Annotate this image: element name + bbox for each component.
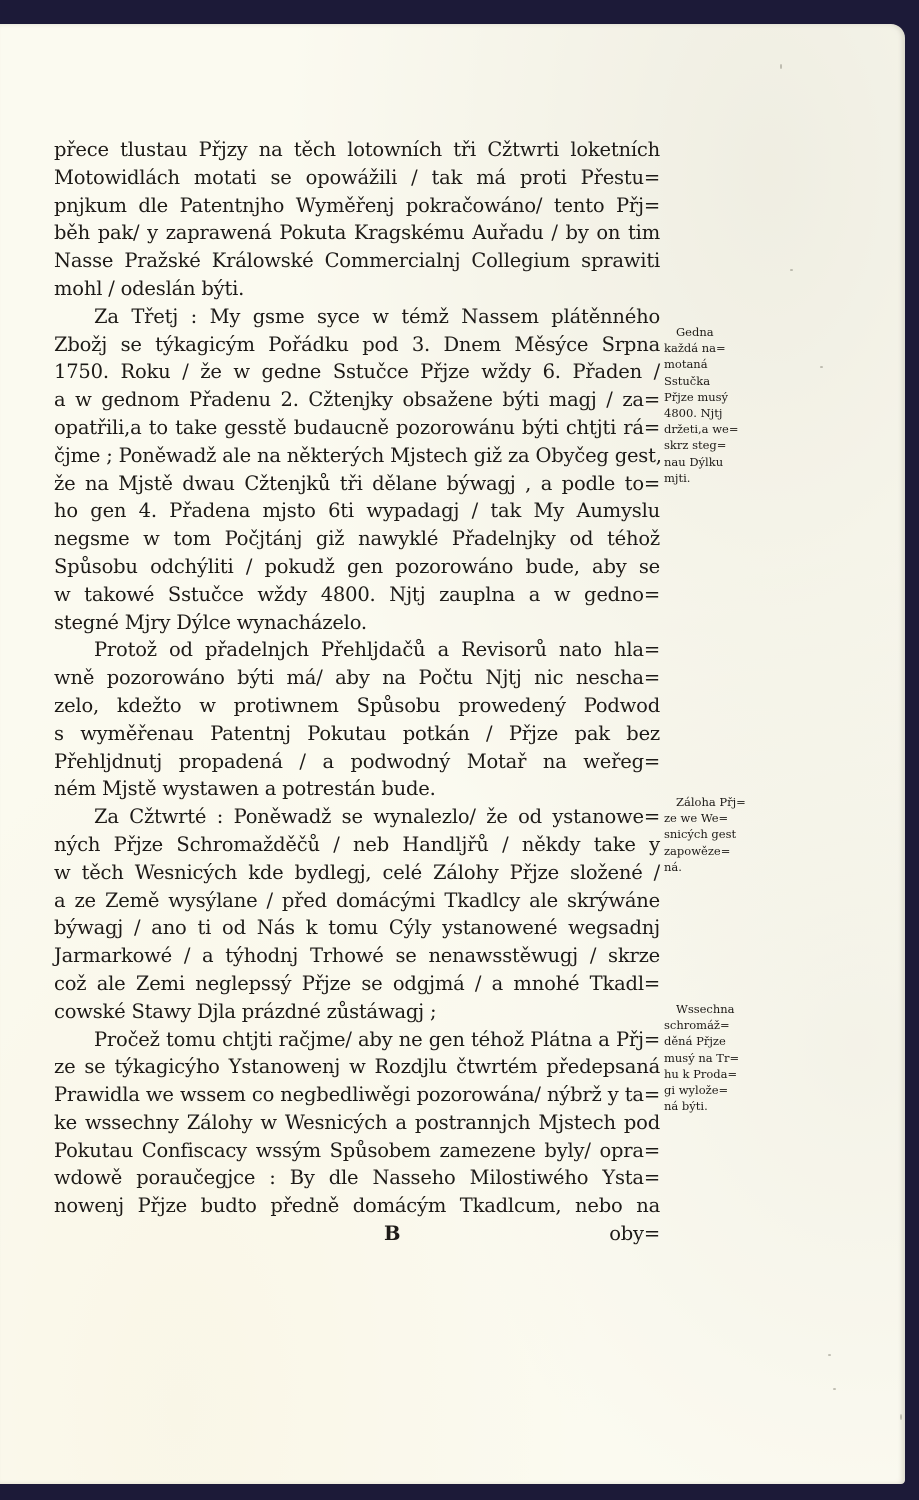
text-line: Za Cžtwrté : Poněwadž se wynalezlo/ že o… xyxy=(54,803,660,831)
text-line: ze se týkagicýho Ystanowenj w Rozdjlu čt… xyxy=(54,1053,660,1081)
text-line: wně pozorowáno býti má/ aby na Počtu Njt… xyxy=(54,664,660,692)
text-line: Prawidla we wssem co negbedliwěgi pozoro… xyxy=(54,1081,660,1109)
margin-note-line: 4800. Njtj xyxy=(664,405,764,421)
margin-note-line: nau Dýlku xyxy=(664,454,764,470)
margin-note-line: ná. xyxy=(664,859,764,875)
text-line: běh pak/ y zaprawená Pokuta Kragskému Au… xyxy=(54,219,660,247)
text-line: Motowidlách motati se opowážili / tak má… xyxy=(54,164,660,192)
text-line: ném Mjstě wystawen a potrestán bude. xyxy=(54,775,660,803)
text-line: Za Třetj : My gsme syce w témž Nassem pl… xyxy=(54,303,660,331)
text-line: Jarmarkowé / a týhodnj Trhowé se nenawss… xyxy=(54,942,660,970)
text-line: Protož od přadelnjch Přehljdačů a Reviso… xyxy=(54,636,660,664)
margin-note-line: ná býti. xyxy=(664,1098,764,1114)
text-line: Pokutau Confiscacy wssým Spůsobem zameze… xyxy=(54,1137,660,1165)
margin-note-line: musý na Tr= xyxy=(664,1050,764,1066)
margin-note-line: ze we We= xyxy=(664,810,764,826)
margin-note-line: schromáž= xyxy=(664,1017,764,1033)
text-line: že na Mjstě dwau Cžtenjků tři dělane býw… xyxy=(54,470,660,498)
text-line: ných Přjze Schromažděčů / neb Handljřů /… xyxy=(54,831,660,859)
page-footer-row: Boby= xyxy=(54,1220,660,1250)
text-line: w těch Wesnicých kde bydlegj, celé Záloh… xyxy=(54,859,660,887)
margin-note-line: hu k Proda= xyxy=(664,1066,764,1082)
text-line: Zbožj se týkagicým Pořádku pod 3. Dnem M… xyxy=(54,331,660,359)
margin-note-line: zapowěze= xyxy=(664,843,764,859)
text-line: čjme ; Poněwadž ale na některých Mjstech… xyxy=(54,442,660,470)
document-page: přece tlustau Přjzy na těch lotowních tř… xyxy=(0,24,905,1484)
text-line: Nasse Pražské Králowské Commercialnj Col… xyxy=(54,247,660,275)
paper-speck xyxy=(828,1354,831,1356)
text-line: s wyměřenau Patentnj Pokutau potkán / Př… xyxy=(54,720,660,748)
text-line: opatřili,a to take gesstě budaucně pozor… xyxy=(54,414,660,442)
paper-speck xyxy=(820,366,823,368)
margin-note-market-sale: Wssechnaschromáž=děná Přjzemusý na Tr=hu… xyxy=(664,1001,764,1114)
text-line: býwagj / ano ti od Nás k tomu Cýly ystan… xyxy=(54,914,660,942)
margin-note-line: držeti,a we= xyxy=(664,421,764,437)
margin-note-line: Wssechna xyxy=(664,1001,764,1017)
text-line: a w gednom Přadenu 2. Cžtenjky obsažene … xyxy=(54,386,660,414)
margin-note-line: Sstučka xyxy=(664,373,764,389)
paper-speck xyxy=(780,64,782,69)
text-line: přece tlustau Přjzy na těch lotowních tř… xyxy=(54,136,660,164)
text-line: ho gen 4. Přadena mjsto 6ti wypadagj / t… xyxy=(54,497,660,525)
margin-note-village-stock: Záloha Přj=ze we We=snicých gestzapowěze… xyxy=(664,794,764,875)
text-line: wdowě poraučegjce : By dle Nasseho Milos… xyxy=(54,1164,660,1192)
text-line: cowské Stawy Djla prázdné zůstáwagj ; xyxy=(54,998,660,1026)
text-line: negsme w tom Počjtánj giž nawyklé Přadel… xyxy=(54,525,660,553)
paper-speck xyxy=(790,269,793,271)
text-line: nowenj Přjze budto předně domácým Tkadlc… xyxy=(54,1192,660,1220)
text-line: což ale Zemi neglepssý Přjze se odgjmá /… xyxy=(54,970,660,998)
signature-mark: B xyxy=(384,1220,400,1248)
margin-note-line: Gedna xyxy=(664,324,764,340)
text-line: Spůsobu odchýliti / pokudž gen pozorowán… xyxy=(54,553,660,581)
margin-note-line: mjti. xyxy=(664,470,764,486)
margin-note-line: děná Přjze xyxy=(664,1033,764,1049)
margin-note-line: gi wylože= xyxy=(664,1082,764,1098)
text-line: zelo, kdežto w protiwnem Spůsobu prowede… xyxy=(54,692,660,720)
margin-note-line: motaná xyxy=(664,356,764,372)
text-line: Pročež tomu chtjti račjme/ aby ne gen té… xyxy=(54,1026,660,1054)
text-line: pnjkum dle Patentnjho Wyměřenj pokračowá… xyxy=(54,192,660,220)
margin-note-line: skrz steg= xyxy=(664,437,764,453)
catchword: oby= xyxy=(609,1220,660,1248)
margin-note-line: Přjze musý xyxy=(664,389,764,405)
body-text-column: přece tlustau Přjzy na těch lotowních tř… xyxy=(54,136,660,1250)
paper-speck xyxy=(900,1414,902,1420)
text-line: ke wssechny Zálohy w Wesnicých a postran… xyxy=(54,1109,660,1137)
margin-note-yarn-length: Gednakaždá na=motanáSstučkaPřjze musý480… xyxy=(664,324,764,486)
margin-note-line: snicých gest xyxy=(664,826,764,842)
text-line: 1750. Roku / že w gedne Sstučce Přjze wž… xyxy=(54,358,660,386)
text-line: w takowé Sstučce wždy 4800. Njtj zauplna… xyxy=(54,581,660,609)
margin-note-line: Záloha Přj= xyxy=(664,794,764,810)
margin-note-line: každá na= xyxy=(664,340,764,356)
text-line: mohl / odeslán býti. xyxy=(54,275,660,303)
text-line: stegné Mjry Dýlce wynacházelo. xyxy=(54,609,660,637)
text-line: Přehljdnutj propadená / a podwodný Motař… xyxy=(54,748,660,776)
text-line: a ze Země wysýlane / před domácými Tkadl… xyxy=(54,887,660,915)
paper-speck xyxy=(833,1388,836,1390)
